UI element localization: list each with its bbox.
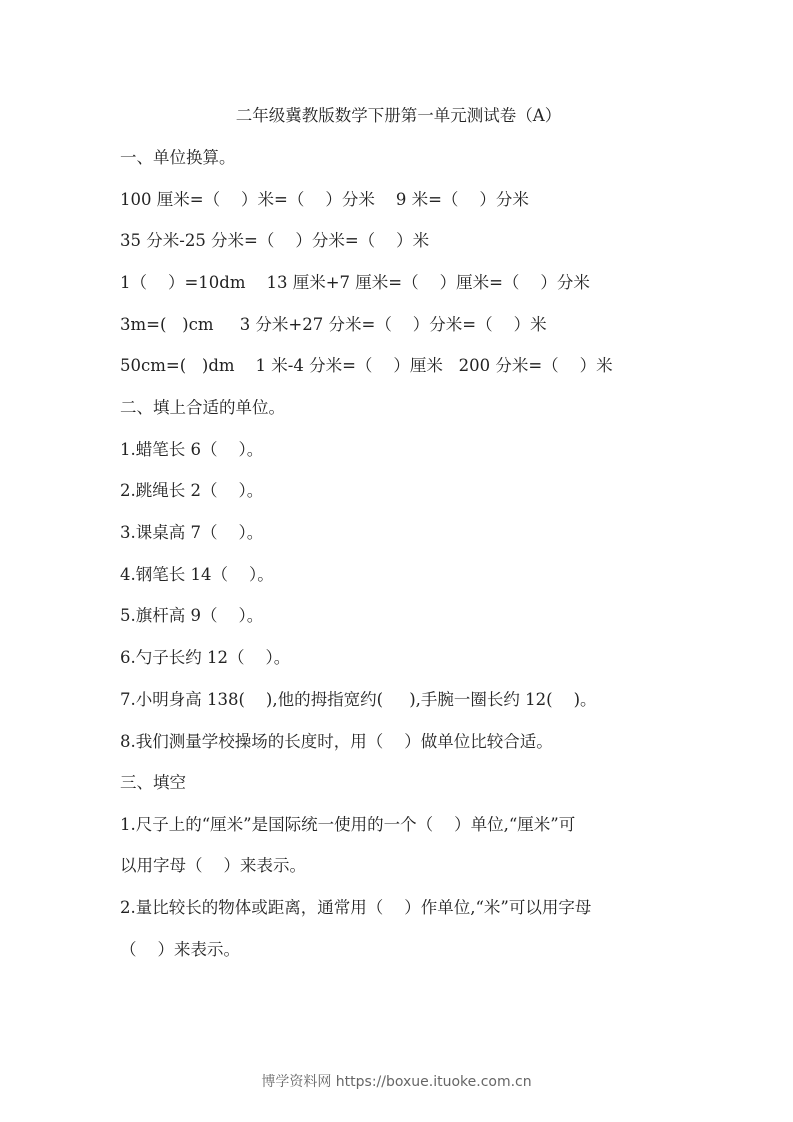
question-line: 1.尺子上的“厘米”是国际统一使用的一个（ ）单位,“厘米”可 <box>120 815 575 835</box>
footer-watermark: 博学资料网 https://boxue.ituoke.com.cn <box>0 1071 793 1091</box>
question-line: 1.蜡笔长 6（ ）。 <box>120 440 263 460</box>
question-line: 5.旗杆高 9（ ）。 <box>120 606 263 626</box>
question-line: 2.量比较长的物体或距离，通常用（ ）作单位,“米”可以用字母 <box>120 898 591 918</box>
section-heading-fill-blanks: 三、填空 <box>120 773 186 793</box>
question-line: 6.勺子长约 12（ ）。 <box>120 648 290 668</box>
question-line: （ ）来表示。 <box>120 940 240 960</box>
question-line: 7.小明身高 138( ),他的拇指宽约( ),手腕一圈长约 12( )。 <box>120 690 597 710</box>
question-line: 35 分米-25 分米=（ ）分米=（ ）米 <box>120 231 429 251</box>
question-line: 100 厘米=（ ）米=（ ）分米 9 米=（ ）分米 <box>120 190 529 210</box>
question-line: 3.课桌高 7（ ）。 <box>120 523 263 543</box>
question-line: 4.钢笔长 14（ ）。 <box>120 565 274 585</box>
document-title: 二年级冀教版数学下册第一单元测试卷（A） <box>0 106 793 126</box>
section-heading-unit-conversion: 一、单位换算。 <box>120 148 236 168</box>
question-line: 2.跳绳长 2（ ）。 <box>120 481 263 501</box>
question-line: 8.我们测量学校操场的长度时，用（ ）做单位比较合适。 <box>120 732 553 752</box>
question-line: 以用字母（ ）来表示。 <box>120 856 306 876</box>
question-line: 1（ ）=10dm 13 厘米+7 厘米=（ ）厘米=（ ）分米 <box>120 273 590 293</box>
question-line: 50cm=( )dm 1 米-4 分米=（ ）厘米 200 分米=（ ）米 <box>120 356 613 376</box>
question-line: 3m=( )cm 3 分米+27 分米=（ ）分米=（ ）米 <box>120 315 547 335</box>
section-heading-fill-units: 二、填上合适的单位。 <box>120 398 285 418</box>
